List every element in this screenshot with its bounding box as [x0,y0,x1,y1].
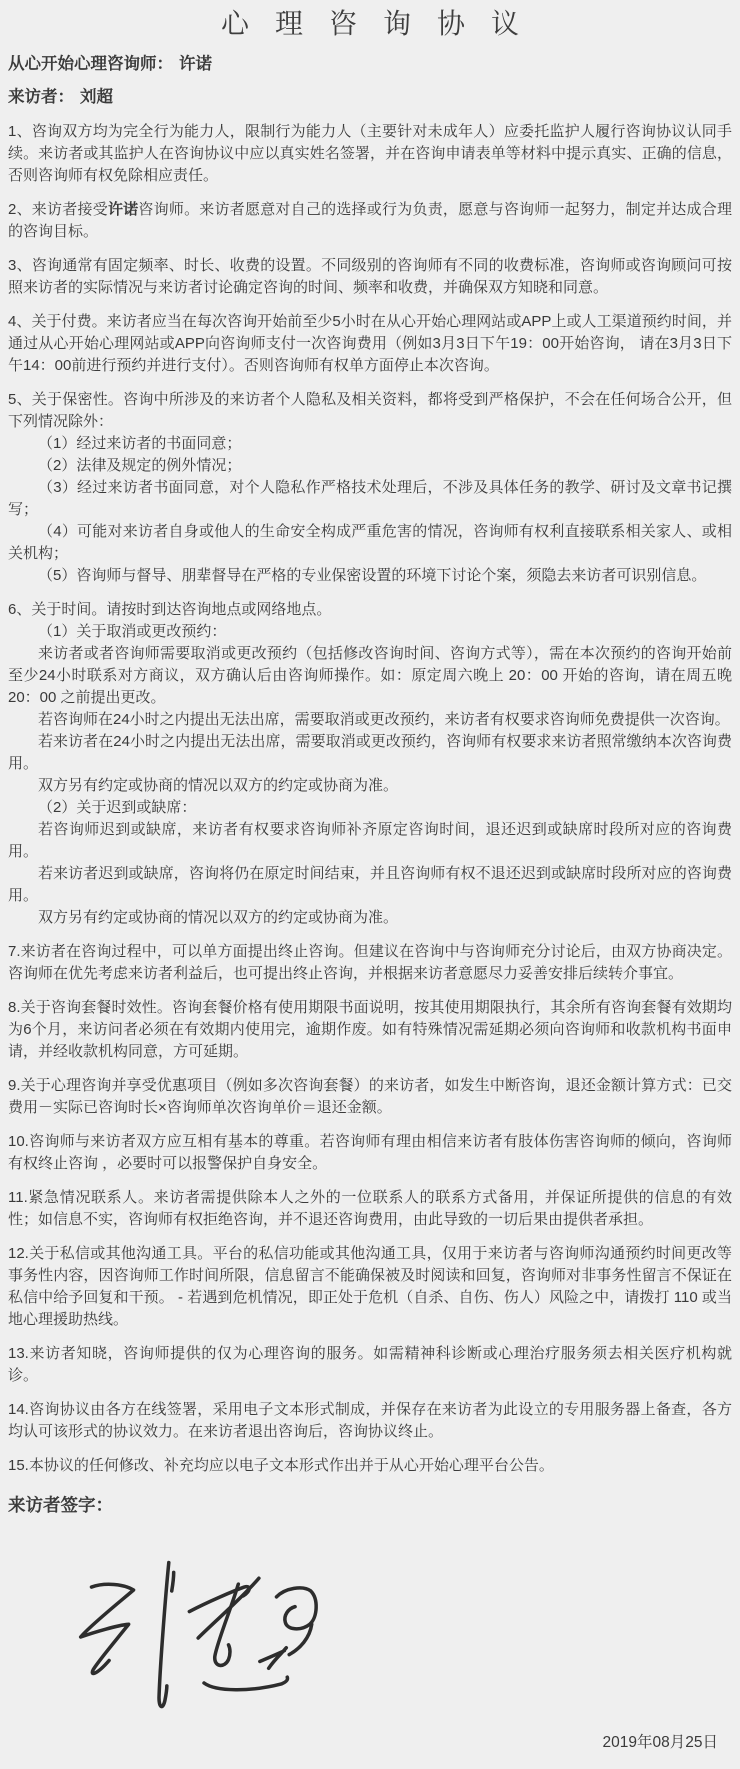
counselor-name: 许诺 [179,55,212,73]
clause-paragraph: 8.关于咨询套餐时效性。咨询套餐价格有使用期限书面说明，按其使用期限执行，其余所… [8,997,732,1063]
clause-paragraph: 15.本协议的任何修改、补充均应以电子文本形式作出并于从心开始心理平台公告。 [8,1455,732,1477]
signature-stroke [172,1572,174,1591]
clause-paragraph: 10.咨询师与来访者双方应互相有基本的尊重。若咨询师有理由相信来访者有肢体伤害咨… [8,1131,732,1175]
visitor-label: 来访者： [8,88,74,106]
counselor-label: 从心开始心理咨询师： [8,55,173,73]
sub-paragraph: （1）关于取消或更改预约： [8,621,732,643]
visitor-signature-drawing [56,1543,356,1729]
sub-paragraph: 若来访者在24小时之内提出无法出席，需要取消或更改预约，咨询师有权要求来访者照常… [8,731,732,775]
sub-paragraph: 双方另有约定或协商的情况以双方的约定或协商为准。 [8,775,732,797]
sub-paragraph: （3）经过来访者书面同意，对个人隐私作严格技术处理后，不涉及具体任务的教学、研讨… [8,477,732,521]
clauses-list: 1、咨询双方均为完全行为能力人，限制行为能力人（主要针对未成年人）应委托监护人履… [8,121,732,1477]
clause-paragraph: 9.关于心理咨询并享受优惠项目（例如多次咨询套餐）的来访者，如发生中断咨询，退还… [8,1075,732,1119]
visitor-line: 来访者：刘超 [8,85,732,109]
sub-paragraph: 若咨询师迟到或缺席，来访者有权要求咨询师补齐原定咨询时间，退还迟到或缺席时段所对… [8,819,732,863]
clause-paragraph: 11.紧急情况联系人。来访者需提供除本人之外的一位联系人的联系方式备用，并保证所… [8,1187,732,1231]
sub-paragraph: 若来访者迟到或缺席，咨询将仍在原定时间结束，并且咨询师有权不退还迟到或缺席时段所… [8,863,732,907]
clause-paragraph: 12.关于私信或其他沟通工具。平台的私信功能或其他沟通工具，仅用于来访者与咨询师… [8,1243,732,1331]
sub-paragraph: 双方另有约定或协商的情况以双方的约定或协商为准。 [8,907,732,929]
signature-stroke [204,1677,287,1690]
counselor-name-inline: 许诺 [108,201,138,218]
clause-paragraph: 4、关于付费。来访者应当在每次咨询开始前至少5小时在从心开始心理网站或APP上或… [8,311,732,377]
sub-paragraph: 来访者或者咨询师需要取消或更改预约（包括修改咨询时间、咨询方式等），需在本次预约… [8,643,732,709]
clause-paragraph: 13.来访者知晓，咨询师提供的仅为心理咨询的服务。如需精神科诊断或心理治疗服务须… [8,1343,732,1387]
clause-paragraph: 14.咨询协议由各方在线签署，采用电子文本形式制成，并保存在来访者为此设立的专用… [8,1399,732,1443]
clause-paragraph: 5、关于保密性。咨询中所涉及的来访者个人隐私及相关资料，都将受到严格保护，不会在… [8,389,732,433]
clause-paragraph: 7.来访者在咨询过程中，可以单方面提出终止咨询。但建议在咨询中与咨询师充分讨论后… [8,941,732,985]
sub-paragraph: （2）关于迟到或缺席： [8,797,732,819]
visitor-signature-label: 来访者签字： [8,1493,732,1517]
agreement-title: 心理咨询协议 [8,6,732,42]
clause-paragraph: 6、关于时间。请按时到达咨询地点或网络地点。 [8,599,732,621]
signature-stroke [159,1563,169,1707]
clause-paragraph: 3、咨询通常有固定频率、时长、收费的设置。不同级别的咨询师有不同的收费标准，咨询… [8,255,732,299]
sub-paragraph: （4）可能对来访者自身或他人的生命安全构成严重危害的情况，咨询师有权利直接联系相… [8,521,732,565]
sub-paragraph: （5）咨询师与督导、朋辈督导在严格的专业保密设置的环境下讨论个案，须隐去来访者可… [8,565,732,587]
clause-paragraph: 1、咨询双方均为完全行为能力人，限制行为能力人（主要针对未成年人）应委托监护人履… [8,121,732,187]
visitor-signature [56,1543,356,1729]
clause-paragraph: 2、来访者接受许诺咨询师。来访者愿意对自己的选择或行为负责，愿意与咨询师一起努力… [8,199,732,243]
counselor-line: 从心开始心理咨询师：许诺 [8,52,732,76]
signature-stroke [260,1624,312,1668]
agreement-document: 心理咨询协议 从心开始心理咨询师：许诺 来访者：刘超 1、咨询双方均为完全行为能… [0,0,740,1753]
visitor-name: 刘超 [80,88,113,106]
sub-paragraph: （1）经过来访者的书面同意； [8,433,732,455]
sub-paragraph: （2）法律及规定的例外情况； [8,455,732,477]
agreement-date: 2019年08月25日 [8,1733,718,1753]
sub-paragraph: 若咨询师在24小时之内提出无法出席，需要取消或更改预约，来访者有权要求咨询师免费… [8,709,732,731]
signature-stroke [276,1588,316,1629]
signature-stroke [81,1584,134,1673]
